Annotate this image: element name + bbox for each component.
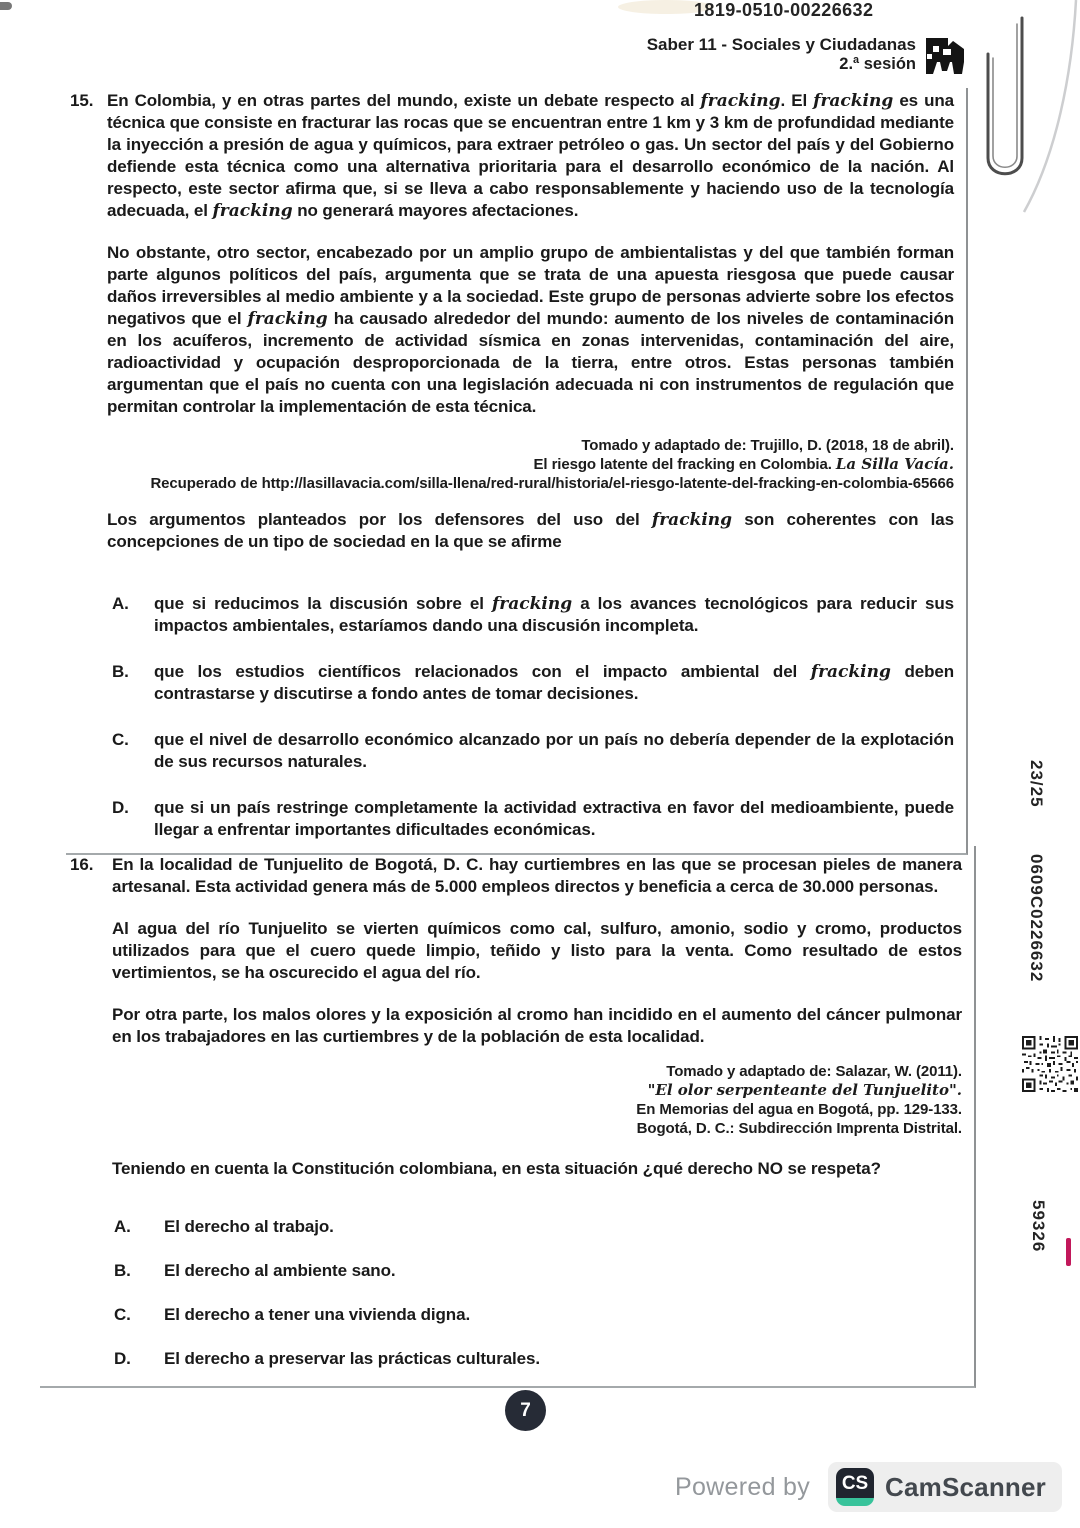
booklet-code: 1819-0510-00226632	[694, 0, 873, 21]
margin-serial: 59326	[1028, 1200, 1048, 1252]
exam-logo-icon	[924, 38, 966, 76]
camscanner-footer: Powered by CS CamScanner	[675, 1462, 1062, 1512]
option-letter: A.	[112, 1216, 164, 1238]
source-line: Tomado y adaptado de: Salazar, W. (2011)…	[112, 1062, 962, 1081]
option-row-b: B. El derecho al ambiente sano.	[112, 1260, 962, 1282]
text-segment: que los estudios científicos relacionado…	[154, 662, 811, 681]
option-text: El derecho a tener una vivienda digna.	[164, 1304, 962, 1326]
question-16-body: En la localidad de Tunjuelito de Bogotá,…	[112, 854, 962, 1370]
option-text: El derecho al trabajo.	[164, 1216, 962, 1238]
option-row-b: B. que los estudios científicos relacion…	[107, 661, 954, 705]
question-15: 15. En Colombia, y en otras partes del m…	[66, 88, 968, 855]
source-line: Tomado y adaptado de: Trujillo, D. (2018…	[107, 436, 954, 455]
text-segment: fracking	[811, 662, 891, 682]
margin-code: 0609C0226632	[1026, 854, 1046, 982]
option-row-c: C. que el nivel de desarrollo económico …	[107, 729, 954, 773]
text-segment: fracking	[248, 309, 328, 329]
text-segment: fracking	[212, 201, 292, 221]
text-segment: En Colombia, y en otras partes del mundo…	[107, 91, 700, 110]
option-row-d: D. que si un país restringe completament…	[107, 797, 954, 841]
option-letter: B.	[107, 661, 154, 705]
option-text: que el nivel de desarrollo económico alc…	[154, 729, 954, 773]
source-line: "El olor serpenteante del Tunjuelito".	[112, 1081, 962, 1100]
option-text: El derecho a preservar las prácticas cul…	[164, 1348, 962, 1370]
scanned-exam-page: 1819-0510-00226632 Saber 11 - Sociales y…	[0, 0, 1080, 1528]
question-16-source: Tomado y adaptado de: Salazar, W. (2011)…	[112, 1062, 962, 1138]
page-fraction: 23/25	[1026, 760, 1046, 808]
question-16-stem: Teniendo en cuenta la Constitución colom…	[112, 1158, 962, 1180]
camscanner-logo-icon: CS CamScanner	[828, 1462, 1062, 1512]
text-segment: NO	[758, 1159, 783, 1178]
option-text: El derecho al ambiente sano.	[164, 1260, 962, 1282]
exam-title-block: Saber 11 - Sociales y Ciudadanas 2.ª ses…	[540, 35, 916, 73]
question-16: 16. En la localidad de Tunjuelito de Bog…	[40, 846, 976, 1388]
question-15-number: 15.	[70, 90, 107, 841]
text-segment: fracking	[492, 594, 572, 614]
option-text: que si reducimos la discusión sobre el f…	[154, 593, 954, 637]
option-row-d: D. El derecho a preservar las prácticas …	[112, 1348, 962, 1370]
text-segment: El riesgo latente del fracking en Colomb…	[534, 456, 836, 473]
text-segment: . El	[781, 91, 814, 110]
source-line: Recuperado de http://lasillavacia.com/si…	[107, 474, 954, 493]
text-segment: fracking	[813, 91, 893, 111]
question-16-paragraph-2: Al agua del río Tunjuelito se vierten qu…	[112, 918, 962, 984]
text-segment: fracking	[652, 510, 732, 530]
text-segment: "El olor serpenteante del Tunjuelito".	[648, 1081, 962, 1099]
question-15-stem: Los argumentos planteados por los defens…	[107, 509, 954, 553]
question-16-paragraph-3: Por otra parte, los malos olores y la ex…	[112, 1004, 962, 1048]
scan-speck	[0, 2, 12, 10]
option-text: que los estudios científicos relacionado…	[154, 661, 954, 705]
question-15-source: Tomado y adaptado de: Trujillo, D. (2018…	[107, 436, 954, 493]
highlighter-mark	[1066, 1238, 1071, 1266]
exam-title: Saber 11 - Sociales y Ciudadanas	[540, 35, 916, 55]
source-line: El riesgo latente del fracking en Colomb…	[107, 455, 954, 474]
text-segment: que el nivel de desarrollo económico alc…	[154, 730, 954, 771]
text-segment: fracking	[700, 91, 780, 111]
question-16-options: A. El derecho al trabajo. B. El derecho …	[112, 1216, 962, 1370]
option-letter: D.	[112, 1348, 164, 1370]
question-15-options: A. que si reducimos la discusión sobre e…	[107, 593, 954, 841]
option-letter: C.	[112, 1304, 164, 1326]
question-16-paragraph-1: En la localidad de Tunjuelito de Bogotá,…	[112, 854, 962, 898]
text-segment: que si reducimos la discusión sobre el	[154, 594, 492, 613]
text-segment: Teniendo en cuenta la Constitución colom…	[112, 1159, 758, 1178]
text-segment: La Silla Vacía.	[836, 455, 954, 473]
option-letter: B.	[112, 1260, 164, 1282]
powered-by-label: Powered by	[675, 1473, 810, 1502]
option-row-a: A. que si reducimos la discusión sobre e…	[107, 593, 954, 637]
option-letter: D.	[107, 797, 154, 841]
cs-initials-icon: CS	[836, 1468, 874, 1506]
question-15-paragraph-1: En Colombia, y en otras partes del mundo…	[107, 90, 954, 222]
option-text: que si un país restringe completamente l…	[154, 797, 954, 841]
question-16-number: 16.	[70, 854, 112, 1370]
text-segment: Los argumentos planteados por los defens…	[107, 510, 652, 529]
question-15-body: En Colombia, y en otras partes del mundo…	[107, 90, 954, 841]
option-row-c: C. El derecho a tener una vivienda digna…	[112, 1304, 962, 1326]
text-segment: se respeta?	[783, 1159, 881, 1178]
exam-session: 2.ª sesión	[540, 55, 916, 73]
source-line: Bogotá, D. C.: Subdirección Imprenta Dis…	[112, 1119, 962, 1138]
option-row-a: A. El derecho al trabajo.	[112, 1216, 962, 1238]
qr-code-icon	[1022, 1036, 1078, 1092]
option-letter: A.	[107, 593, 154, 637]
page-number-badge: 7	[505, 1390, 546, 1431]
text-segment: que si un país restringe completamente l…	[154, 798, 954, 839]
text-segment: no generará mayores afectaciones.	[293, 201, 579, 220]
camscanner-wordmark: CamScanner	[885, 1472, 1046, 1503]
page-edge-curl	[1006, 0, 1080, 215]
option-letter: C.	[107, 729, 154, 773]
source-line: En Memorias del agua en Bogotá, pp. 129-…	[112, 1100, 962, 1119]
question-15-paragraph-2: No obstante, otro sector, encabezado por…	[107, 242, 954, 418]
